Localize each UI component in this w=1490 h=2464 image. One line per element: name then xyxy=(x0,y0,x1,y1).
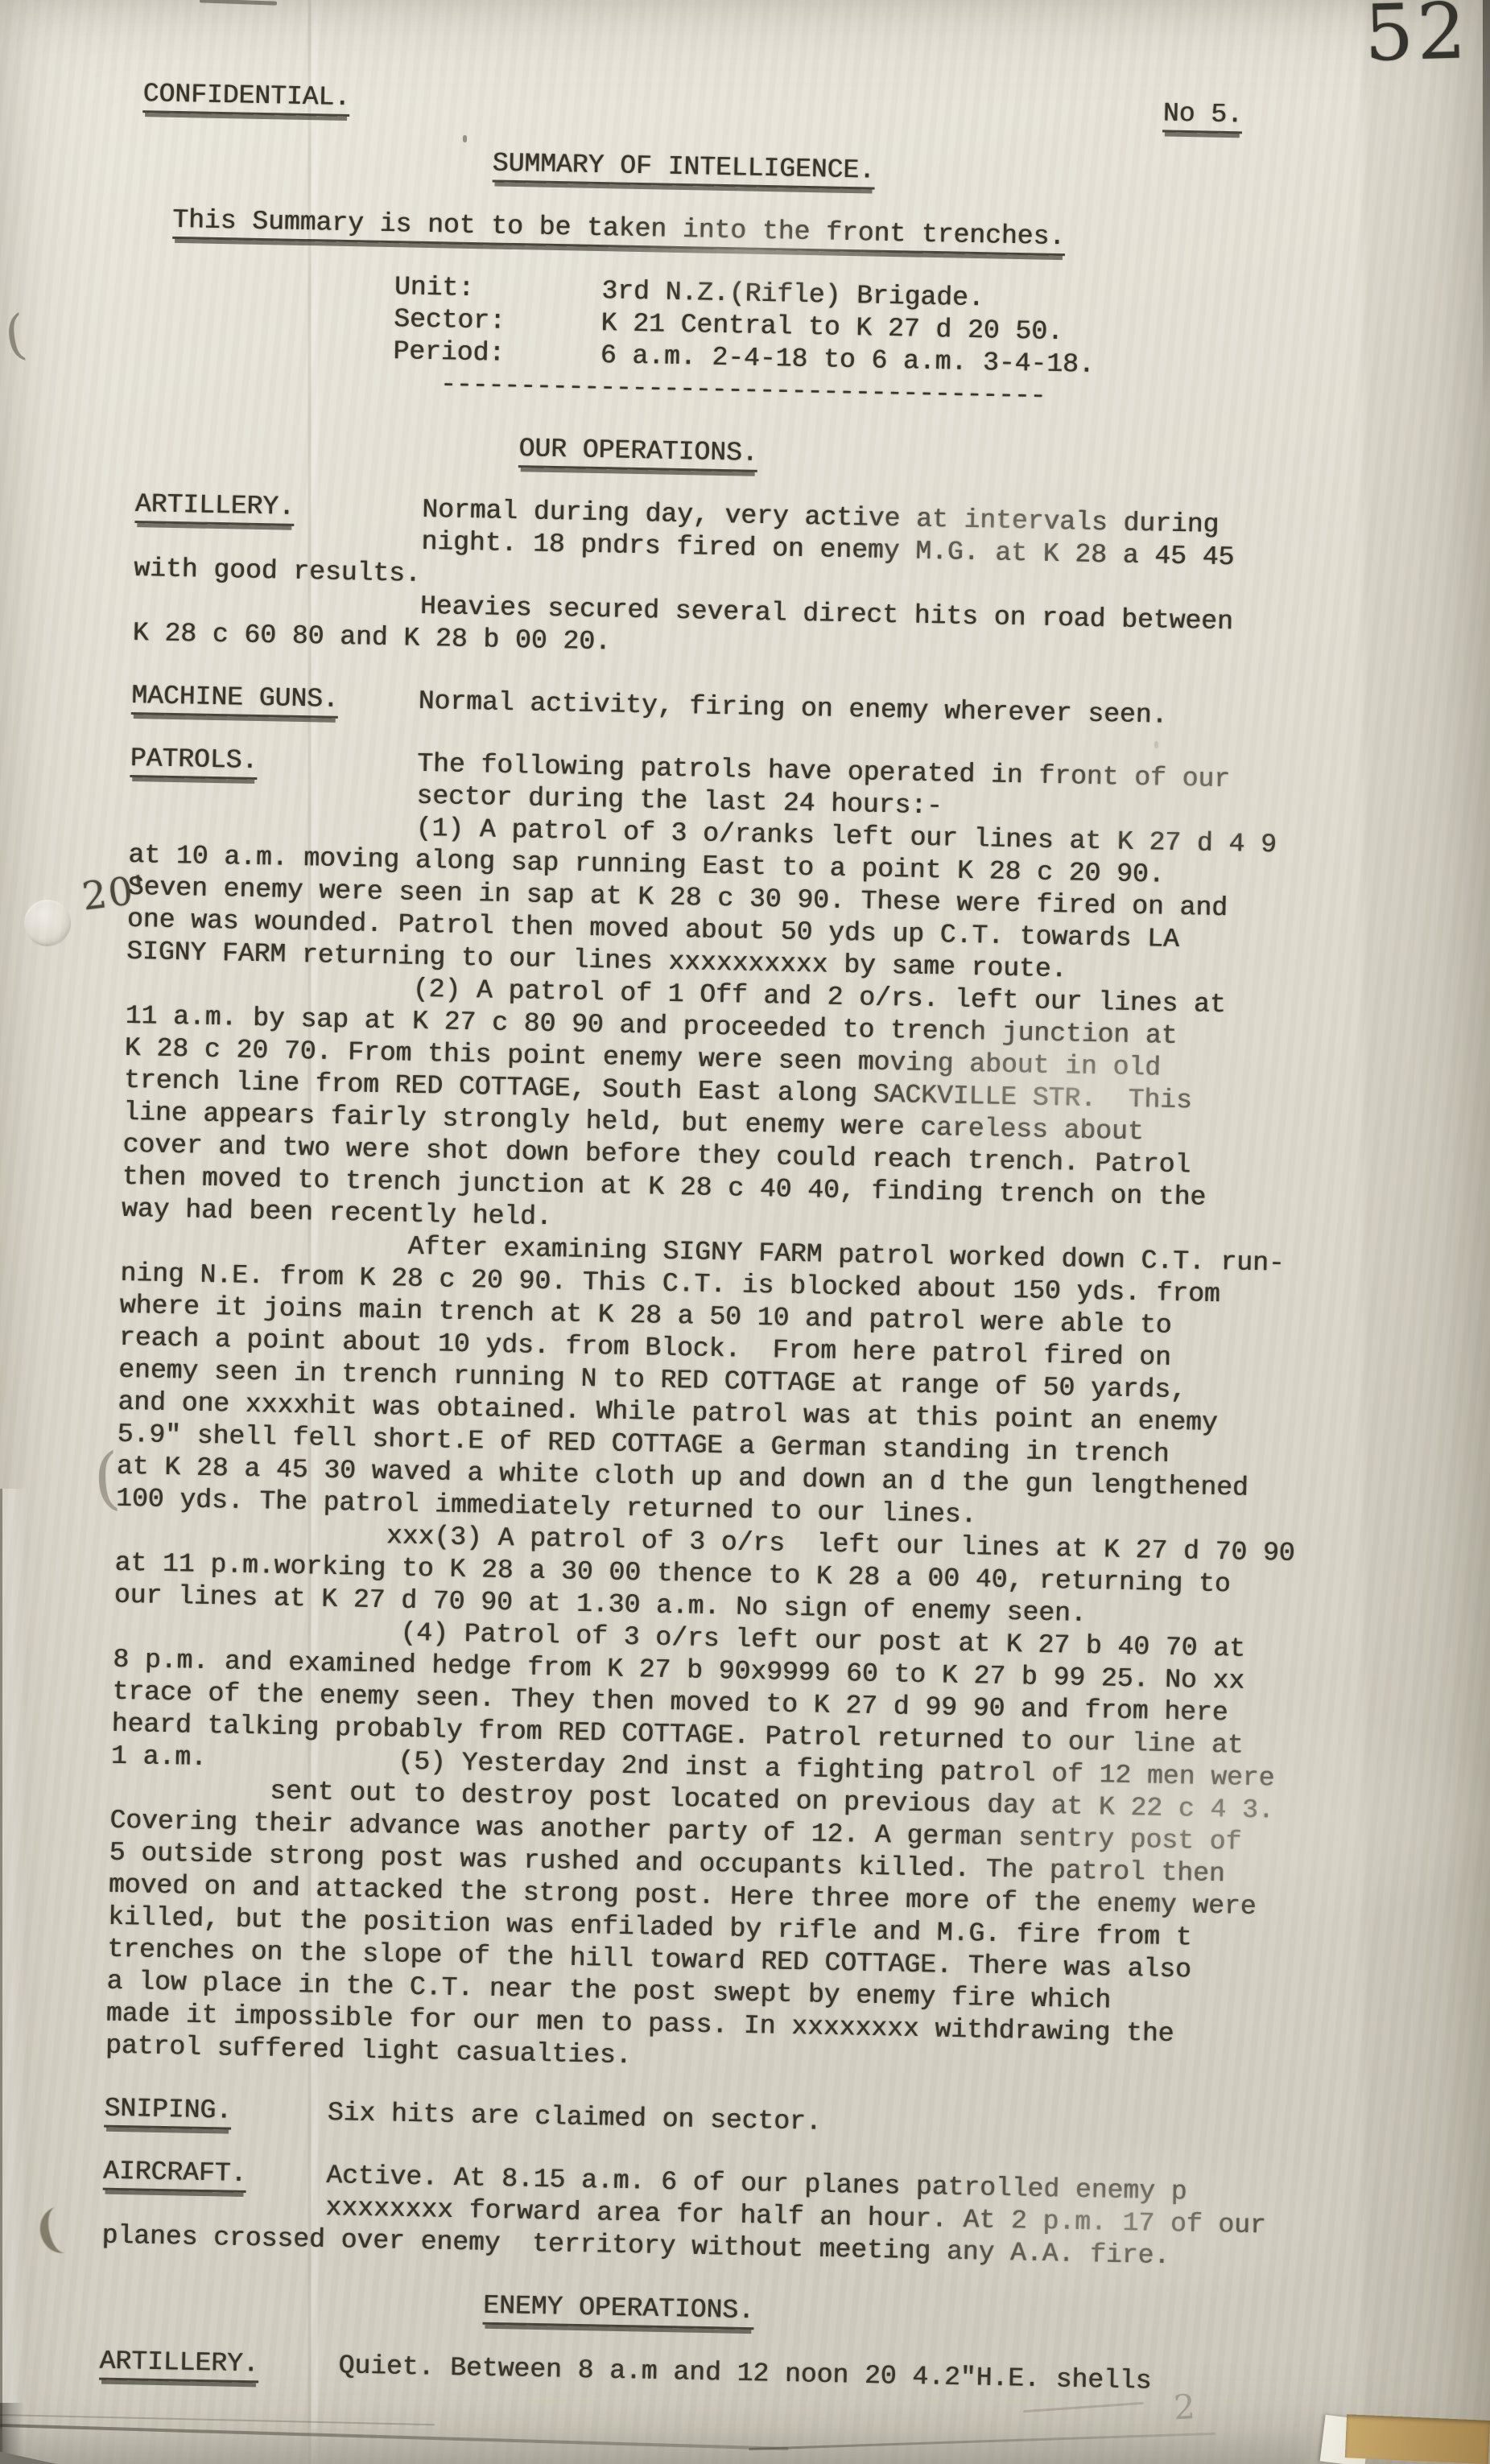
handwritten-margin-note: 20' xyxy=(80,867,150,919)
ink-speck xyxy=(463,135,467,142)
bleed-through-note: 2 xyxy=(1173,2386,1217,2428)
typed-text xyxy=(101,2284,484,2321)
page-left-edge xyxy=(0,1489,27,2464)
typed-text: with good results. xyxy=(134,554,421,589)
page-right-edge-shadow xyxy=(1483,0,1490,418)
handwritten-page-number: 52 xyxy=(1363,0,1470,79)
typed-text-block: CONFIDENTIAL. No 5. SUMMARY OF INTELLIGE… xyxy=(0,76,1490,2406)
scanned-document-page: CONFIDENTIAL. No 5. SUMMARY OF INTELLIGE… xyxy=(0,0,1490,2464)
underlined-heading: PATROLS. xyxy=(130,744,258,780)
ink-speck xyxy=(1154,741,1158,748)
underlined-heading: ENEMY OPERATIONS. xyxy=(483,2291,754,2330)
typed-text xyxy=(136,426,519,464)
underlined-heading: CONFIDENTIAL. xyxy=(142,79,350,117)
underlined-heading: MACHINE GUNS. xyxy=(131,681,339,719)
pencil-circle-mark: ( xyxy=(91,1438,123,1518)
underlined-heading: OUR OPERATIONS. xyxy=(518,434,758,472)
typed-text xyxy=(142,142,493,178)
typed-text xyxy=(140,204,172,235)
underlined-heading: ARTILLERY. xyxy=(99,2347,259,2384)
underlined-heading: No 5. xyxy=(1162,98,1243,134)
underlying-tan-sheet xyxy=(1345,2414,1490,2464)
hole-punch-emboss xyxy=(24,900,71,946)
underlined-heading: SNIPING. xyxy=(104,2094,232,2130)
